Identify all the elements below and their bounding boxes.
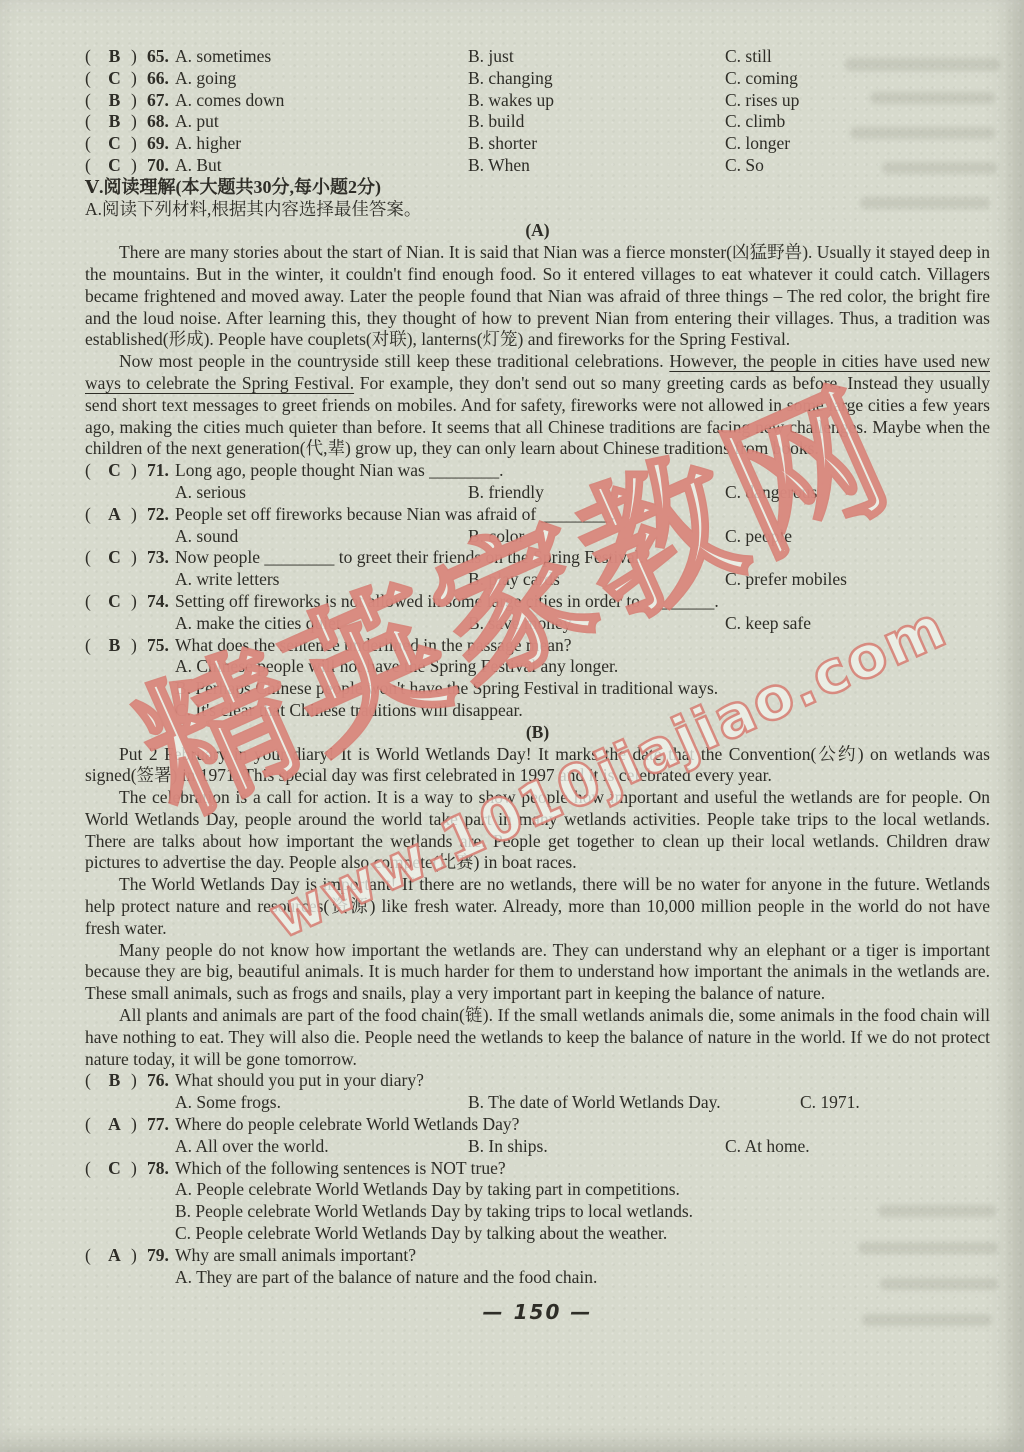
option-a: A. write letters [175,569,468,591]
option-c: C. dangerous [725,482,990,504]
answer-letter: B [98,1070,131,1092]
option-a: A. sometimes [175,46,468,68]
option-c: C. It's clear that Chinese traditions wi… [85,700,990,722]
question-stem: Where do people celebrate World Wetlands… [175,1114,990,1136]
option-b: B. color [468,526,725,548]
option-b: B. friendly [468,482,725,504]
question-number: 70. [147,155,169,177]
option-c: C. still [725,46,990,68]
question-stem: Setting off fireworks is not allowed in … [175,591,990,613]
option-c: C. People celebrate World Wetlands Day b… [85,1223,990,1245]
option-c: C. keep safe [725,613,990,635]
option-a: A. They are part of the balance of natur… [85,1267,990,1289]
question-75: (B)75. What does the sentence underlined… [85,635,990,657]
answer-marker: (C)78. [85,1158,175,1180]
question-78: (C)78. Which of the following sentences … [85,1158,990,1180]
option-b: B. build [468,111,725,133]
cloze-row-67: (B)67. A. comes down B. wakes up C. rise… [85,90,990,112]
answer-letter: C [98,133,131,155]
question-74-options: A. make the cities quiet B. save money C… [85,613,990,635]
option-a: A. But [175,155,468,177]
passage-b-paragraph-3: The World Wetlands Day is important! If … [85,874,990,939]
option-b: B. Perhaps Chinese people won't have the… [85,678,990,700]
question-number: 68. [147,111,169,133]
answer-letter: B [98,46,131,68]
question-number: 78. [147,1158,169,1180]
section-title: Ⅴ.阅读理解(本大题共30分,每小题2分) [85,177,990,199]
question-stem: Now people ________ to greet their frien… [175,547,990,569]
section-instruction: A.阅读下列材料,根据其内容选择最佳答案。 [85,199,990,221]
answer-letter: B [98,90,131,112]
answer-letter: B [98,111,131,133]
answer-letter: C [98,1158,131,1180]
cloze-row-66: (C)66. A. going B. changing C. coming [85,68,990,90]
question-76-options: A. Some frogs. B. The date of World Wetl… [85,1092,990,1114]
option-a: A. comes down [175,90,468,112]
option-a: A. Some frogs. [175,1092,468,1114]
question-76: (B)76. What should you put in your diary… [85,1070,990,1092]
page-content: (B)65. A. sometimes B. just C. still (C)… [0,0,1024,1324]
option-b: B. wakes up [468,90,725,112]
passage-b-paragraph-5: All plants and animals are part of the f… [85,1005,990,1070]
answer-letter: C [98,591,131,613]
page-number: — 150 — [85,1302,990,1324]
answer-marker: (A)79. [85,1245,175,1267]
answer-letter: A [98,1245,131,1267]
answer-letter: C [98,68,131,90]
answer-letter: C [98,547,131,569]
cloze-row-70: (C)70. A. But B. When C. So [85,155,990,177]
answer-marker: (C)73. [85,547,175,569]
question-number: 72. [147,504,169,526]
option-b: B. shorter [468,133,725,155]
workbook-page: (B)65. A. sometimes B. just C. still (C)… [0,0,1024,1452]
question-number: 79. [147,1245,169,1267]
question-79: (A)79. Why are small animals important? [85,1245,990,1267]
question-77: (A)77. Where do people celebrate World W… [85,1114,990,1136]
answer-marker: (C)70. [85,155,175,177]
option-a: A. All over the world. [175,1136,468,1158]
option-c: C. coming [725,68,990,90]
question-number: 76. [147,1070,169,1092]
question-number: 71. [147,460,169,482]
answer-marker: (C)66. [85,68,175,90]
answer-marker: (C)71. [85,460,175,482]
answer-letter: B [98,635,131,657]
passage-b-paragraph-4: Many people do not know how important th… [85,940,990,1005]
cloze-row-69: (C)69. A. higher B. shorter C. longer [85,133,990,155]
option-b: B. People celebrate World Wetlands Day b… [85,1201,990,1223]
question-number: 66. [147,68,169,90]
option-c: C. climb [725,111,990,133]
option-b: B. play cards [468,569,725,591]
answer-marker: (C)74. [85,591,175,613]
option-a: A. serious [175,482,468,504]
question-72-options: A. sound B. color C. people [85,526,990,548]
question-stem: Which of the following sentences is NOT … [175,1158,990,1180]
option-b: B. changing [468,68,725,90]
answer-letter: A [98,504,131,526]
question-number: 67. [147,90,169,112]
question-71: (C)71. Long ago, people thought Nian was… [85,460,990,482]
passage-a-paragraph-2: Now most people in the countryside still… [85,351,990,460]
option-b: B. just [468,46,725,68]
question-stem: Long ago, people thought Nian was ______… [175,460,990,482]
question-71-options: A. serious B. friendly C. dangerous [85,482,990,504]
question-number: 69. [147,133,169,155]
passage-b-paragraph-1: Put 2 February in your diary! It is Worl… [85,744,990,788]
passage-a-label: (A) [85,220,990,242]
answer-letter: C [98,155,131,177]
paragraph-text: Now most people in the countryside still… [119,351,669,371]
option-b: B. The date of World Wetlands Day. [468,1092,800,1114]
answer-marker: (A)72. [85,504,175,526]
cloze-row-68: (B)68. A. put B. build C. climb [85,111,990,133]
question-stem: What should you put in your diary? [175,1070,990,1092]
question-stem: What does the sentence underlined in the… [175,635,990,657]
option-c: C. So [725,155,990,177]
question-73-options: A. write letters B. play cards C. prefer… [85,569,990,591]
answer-marker: (B)67. [85,90,175,112]
question-number: 73. [147,547,169,569]
option-c: C. longer [725,133,990,155]
answer-marker: (C)69. [85,133,175,155]
passage-a-paragraph-1: There are many stories about the start o… [85,242,990,351]
question-74: (C)74. Setting off fireworks is not allo… [85,591,990,613]
passage-b-paragraph-2: The celebration is a call for action. It… [85,787,990,874]
question-number: 75. [147,635,169,657]
answer-marker: (B)65. [85,46,175,68]
option-a: A. going [175,68,468,90]
option-c: C. 1971. [800,1092,990,1114]
question-73: (C)73. Now people ________ to greet thei… [85,547,990,569]
option-b: B. save money [468,613,725,635]
option-b: B. When [468,155,725,177]
option-c: C. rises up [725,90,990,112]
question-number: 77. [147,1114,169,1136]
answer-marker: (B)68. [85,111,175,133]
option-b: B. In ships. [468,1136,725,1158]
question-stem: Why are small animals important? [175,1245,990,1267]
answer-marker: (B)76. [85,1070,175,1092]
question-number: 65. [147,46,169,68]
answer-letter: C [98,460,131,482]
question-77-options: A. All over the world. B. In ships. C. A… [85,1136,990,1158]
option-a: A. higher [175,133,468,155]
option-c: C. prefer mobiles [725,569,990,591]
option-a: A. put [175,111,468,133]
answer-marker: (A)77. [85,1114,175,1136]
option-a: A. sound [175,526,468,548]
answer-marker: (B)75. [85,635,175,657]
option-c: C. At home. [725,1136,990,1158]
cloze-row-65: (B)65. A. sometimes B. just C. still [85,46,990,68]
answer-letter: A [98,1114,131,1136]
question-number: 74. [147,591,169,613]
question-stem: People set off fireworks because Nian wa… [175,504,990,526]
question-72: (A)72. People set off fireworks because … [85,504,990,526]
option-a: A. Chinese people will not have the Spri… [85,656,990,678]
option-a: A. make the cities quiet [175,613,468,635]
option-a: A. People celebrate World Wetlands Day b… [85,1179,990,1201]
option-c: C. people [725,526,990,548]
passage-b-label: (B) [85,722,990,744]
